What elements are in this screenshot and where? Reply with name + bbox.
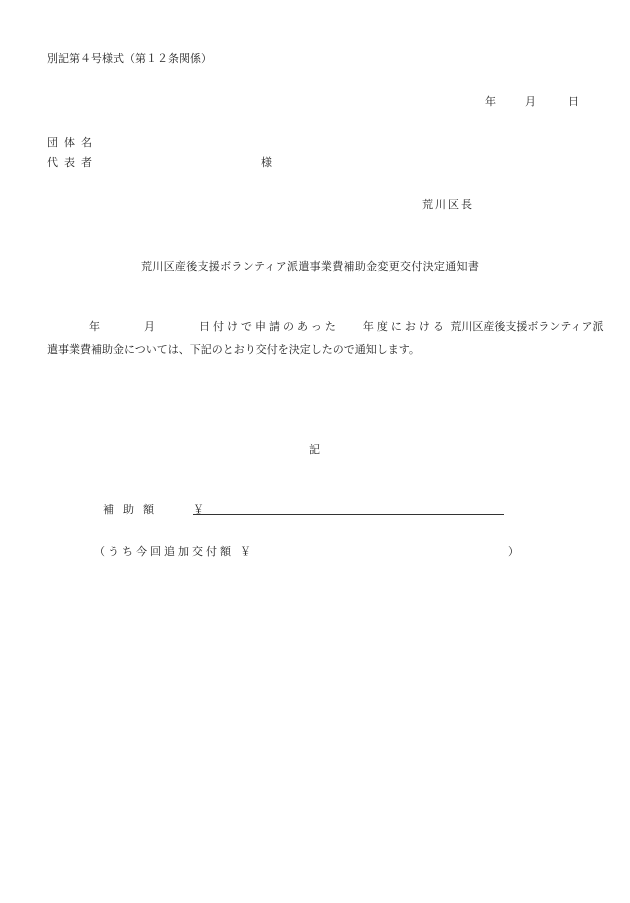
- form-number: 別記第４号様式（第１２条関係）: [47, 50, 212, 66]
- additional-amount-label: （うち今回追加交付額: [94, 543, 234, 559]
- subsidy-amount-underline: [193, 514, 504, 515]
- body-fiscal-year-text: 年度における: [363, 320, 447, 333]
- representative-label: 代表者: [47, 154, 98, 170]
- date-day-label: 日: [568, 93, 579, 109]
- body-year-label: 年: [89, 320, 100, 333]
- organization-label: 団体名: [47, 134, 98, 150]
- additional-yen-symbol: ￥: [240, 543, 251, 559]
- date-line: 年月日: [485, 93, 579, 109]
- body-day-text: 日付けで申請のあった: [199, 320, 339, 333]
- subsidy-amount-label: 補助額: [103, 501, 163, 517]
- document-title: 荒川区産後支援ボランティア派遣事業費補助金変更交付決定通知書: [141, 258, 479, 274]
- honorific: 様: [261, 154, 272, 170]
- body-line-2: 遣事業費補助金については、下記のとおり交付を決定したので通知します。: [47, 341, 420, 357]
- body-line1-tail: 荒川区産後支援ボランティア派: [450, 320, 603, 333]
- issuer: 荒川区長: [422, 196, 474, 212]
- date-year-label: 年: [485, 93, 525, 109]
- body-month-label: 月: [144, 320, 155, 333]
- additional-close-paren: ）: [508, 543, 519, 559]
- date-month-label: 月: [525, 93, 568, 109]
- section-marker: 記: [309, 441, 320, 457]
- body-line-1: 年月日付けで申請のあった年度における 荒川区産後支援ボランティア派: [47, 318, 604, 334]
